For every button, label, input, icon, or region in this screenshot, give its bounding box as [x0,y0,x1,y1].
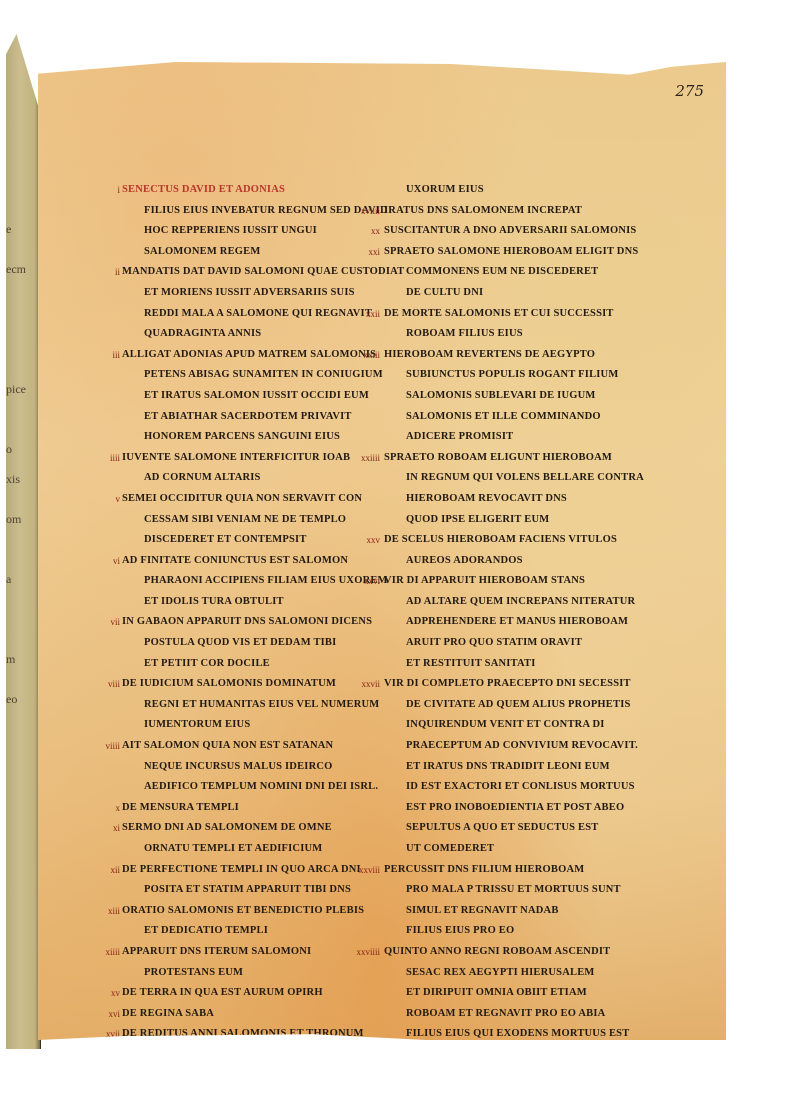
chapter-continuation-line: in regnum qui volens bellare contra [384,468,684,489]
chapter-continuation-line: neque incursus malus ideirco [122,757,378,778]
chapter-continuation-line: de civitate ad quem alius prophetis [384,695,684,716]
chapter-continuation-line: petens abisag sunamiten in coniugium [122,365,378,386]
chapter-continuation-line: et iratus salomon iussit occidi eum [122,386,378,407]
chapter-continuation-line: est pro inoboedientia et post abeo [384,798,684,819]
chapter-numeral: xxii [354,304,380,325]
chapter-continuation-line: salomonis sublevari de iugum [384,386,684,407]
chapter-heading-line: De scelus hieroboam faciens vitulos [384,530,684,551]
chapter-continuation-line: filius eius pro eo [384,921,684,942]
chapter-continuation-line: roboam filius eius [384,324,684,345]
chapter-numeral: ii [100,262,120,283]
chapter-continuation-line: quod ipse eligerit eum [384,510,684,531]
chapter-continuation-line: protestans eum [122,963,378,984]
chapter-heading-line: In gabaon apparuit dns salomoni dicens [122,612,378,633]
chapter-numeral: xii [100,860,120,881]
chapter-heading-line: Senectus david et adonias [122,180,378,201]
chapter-numeral: xxi [354,242,380,263]
chapter-entry: uxorum eius [384,180,684,201]
chapter-numeral: xiii [100,901,120,922]
chapter-entry: xxiiiiSpraeto roboam eligunt hieroboamin… [384,448,684,530]
chapter-entry: iiiAlligat adonias apud matrem salomonis… [122,345,378,448]
chapter-entry: xxiSpraeto salomone hieroboam eligit dns… [384,242,684,304]
chapter-entry: xviDe regina saba [122,1004,378,1025]
chapter-continuation-line: ad altare quem increpans niteratur [384,592,684,613]
chapter-continuation-line: reddi mala a salomone qui regnavit [122,304,378,325]
chapter-entry: viiIn gabaon apparuit dns salomoni dicen… [122,612,378,674]
chapter-heading-line: Spraeto salomone hieroboam eligit dns [384,242,684,263]
chapter-entry: xxiiiHieroboam revertens de aegyptosubiu… [384,345,684,448]
chapter-continuation-line: filius eius qui exodens mortuus est [384,1024,684,1045]
chapter-continuation-line: hoc repperiens iussit ungui [122,221,378,242]
chapter-heading-line: Ait salomon quia non est satanan [122,736,378,757]
facing-page-edge: e ecm pice o xis om a m eo [6,34,41,1049]
chapter-numeral: v [100,489,120,510]
chapter-continuation-line: iumentorum eius [122,715,378,736]
chapter-continuation-line: de cultu dni [384,283,684,304]
chapter-heading-line: Suscitantur a dno adversarii salomonis [384,221,684,242]
chapter-entry: xxviiiiQuinto anno regni roboam ascendit… [384,942,684,1066]
chapter-continuation-line: salomonem regem [122,242,378,263]
chapter-continuation-line: et dedicatio templi [122,921,378,942]
chapter-numeral: vi [100,551,120,572]
chapter-entry: xxvDe scelus hieroboam faciens vitulosau… [384,530,684,571]
chapter-heading-line: De iudicium salomonis dominatum [122,674,378,695]
facing-page-fragment: m [6,652,15,667]
chapter-continuation-line: et idolis tura obtulit [122,592,378,613]
chapter-heading-line: Apparuit dns iterum salomoni [122,942,378,963]
chapter-entry: iSenectus david et adoniasfilius eius in… [122,180,378,262]
chapter-continuation-line: et iratus dns tradidit leoni eum [384,757,684,778]
chapter-continuation-line: et abiathar sacerdotem privavit [122,407,378,428]
chapter-numeral: xvii [100,1024,120,1045]
chapter-numeral: xxviii [354,860,380,881]
chapter-heading-line: Spraeto roboam eligunt hieroboam [384,448,684,469]
chapter-continuation-line: pharaoni accipiens filiam eius uxorem [122,571,378,592]
chapter-heading-line: Iuvente salomone interficitur ioab [122,448,378,469]
chapter-continuation-line: ad cornum altaris [122,468,378,489]
chapter-continuation-line: commonens eum ne discederet [384,262,684,283]
chapter-continuation-line: et moriens iussit adversariis suis [122,283,378,304]
facing-page-fragment: om [6,512,21,527]
chapter-numeral: xxvii [354,674,380,695]
chapter-heading-line: De regina saba [122,1004,378,1025]
chapter-continuation-line: praeceptum ad convivium revocavit. [384,736,684,757]
facing-page-fragment: a [6,572,11,587]
chapter-continuation-line: posita et statim apparuit tibi dns [122,880,378,901]
facing-page-fragment: pice [6,382,26,397]
chapter-heading-line: De mensura templi [122,798,378,819]
chapter-heading-line: De reditus anni salomonis et thronum [122,1024,378,1045]
chapter-numeral: xvi [100,1004,120,1025]
chapter-entry: xDe mensura templi [122,798,378,819]
chapter-entry: viiiDe iudicium salomonis dominatumregni… [122,674,378,736]
chapter-continuation-line: ut comederet [384,839,684,860]
chapter-entry: xxxFecit asa rectum coram dno [384,1066,684,1087]
chapter-numeral: xxx [354,1066,380,1087]
chapter-heading-line: De morte salomonis et cui successit [384,304,684,325]
chapter-numeral: viii [100,674,120,695]
chapter-numeral: xxv [354,530,380,551]
chapter-numeral: xi [100,818,120,839]
chapter-numeral: xxvi [354,571,380,592]
chapter-continuation-line: adicere promisit [384,427,684,448]
chapter-heading-line: Vir di apparuit hieroboam stans [384,571,684,592]
chapter-numeral: iiii [100,448,120,469]
right-column: uxorum eiusxviiiiIratus dns salomonem in… [344,180,684,1086]
manuscript-folio: 275 iSenectus david et adoniasfilius eiu… [38,62,726,1040]
chapter-continuation-line: hieroboam revocavit dns [384,489,684,510]
chapter-continuation-line: id est exactori et conlisus mortuus [384,777,684,798]
chapter-continuation-line: aruit pro quo statim oravit [384,633,684,654]
chapter-entry: viAd finitate coniunctus est salomonphar… [122,551,378,613]
chapter-numeral: xxviiii [354,942,380,963]
chapter-heading-line: Percussit dns filium hieroboam [384,860,684,881]
chapter-numeral: x [100,798,120,819]
chapter-continuation-line: discederet et contempsit [122,530,378,551]
chapter-entry: xxSuscitantur a dno adversarii salomonis [384,221,684,242]
chapter-continuation-line: inquirendum venit et contra di [384,715,684,736]
chapter-continuation-line: subiunctus populis rogant filium [384,365,684,386]
chapter-continuation-line: postula quod vis et dedam tibi [122,633,378,654]
chapter-continuation-line: pro mala p trissu et mortuus sunt [384,880,684,901]
chapter-entry: iiiiIuvente salomone interficitur ioabad… [122,448,378,489]
chapter-entry: xiSermo dni ad salomonem de omneornatu t… [122,818,378,859]
chapter-heading-line: Alligat adonias apud matrem salomonis [122,345,378,366]
chapter-numeral: vii [100,612,120,633]
chapter-heading-line: Quinto anno regni roboam ascendit [384,942,684,963]
chapter-heading-line: De terra in qua est aurum opirh [122,983,378,1004]
chapter-continuation-line: filius eius invebatur regnum sed david [122,201,378,222]
chapter-heading-line: Oratio salomonis et benedictio plebis [122,901,378,922]
chapter-entry: xxviVir di apparuit hieroboam stansad al… [384,571,684,674]
chapter-continuation-line: adprehendere et manus hieroboam [384,612,684,633]
chapter-heading-line: Sermo dni ad salomonem de omne [122,818,378,839]
chapter-continuation-line: regni et humanitas eius vel numerum [122,695,378,716]
chapter-heading-line: uxorum eius [384,180,684,201]
chapter-heading-line: Vir di completo praecepto dni secessit [384,674,684,695]
chapter-heading-line: Hieroboam revertens de aegypto [384,345,684,366]
chapter-heading-line: De excessu salomonis et numerum [122,1066,378,1087]
chapter-continuation-line: roboam et regnavit pro eo abia [384,1004,684,1025]
chapter-continuation-line: aureos adorandos [384,551,684,572]
chapter-heading-line: Ad finitate coniunctus est salomon [122,551,378,572]
chapter-numeral: viiii [100,736,120,757]
chapter-numeral: xxiiii [354,448,380,469]
chapter-entry: viiiiAit salomon quia non est satananneq… [122,736,378,798]
chapter-numeral: xviiii [354,201,380,222]
chapter-continuation-line: sepultus a quo et seductus est [384,818,684,839]
chapter-continuation-line: honorem parcens sanguini eius [122,427,378,448]
chapter-entry: xiiiOratio salomonis et benedictio plebi… [122,901,378,942]
facing-page-fragment: xis [6,472,20,487]
chapter-entry: xiiiiApparuit dns iterum salomoniprotest… [122,942,378,983]
chapter-numeral: xxiii [354,345,380,366]
chapter-numeral: iii [100,345,120,366]
folio-number: 275 [675,82,704,100]
chapter-continuation-line: et petiit cor docile [122,654,378,675]
chapter-entry: xvDe terra in qua est aurum opirh [122,983,378,1004]
facing-page-fragment: e [6,222,11,237]
chapter-continuation-line: quadraginta annis [122,324,378,345]
chapter-entry: xxviiiPercussit dns filium hieroboampro … [384,860,684,942]
chapter-continuation-line: aedifico templum nomini dni dei isrl. [122,777,378,798]
chapter-entry: xviiDe reditus anni salomonis et thronum… [122,1024,378,1065]
chapter-entry: xviiiiIratus dns salomonem increpat [384,201,684,222]
chapter-continuation-line: ornatu templi et aedificium [122,839,378,860]
chapter-heading-line: De perfectione templi in quo arca dni [122,860,378,881]
chapter-numeral: xviii [100,1066,120,1087]
chapter-continuation-line: cessam sibi veniam ne de templo [122,510,378,531]
chapter-entry: vSemei occiditur quia non servavit conce… [122,489,378,551]
chapter-continuation-line: et restituit sanitati [384,654,684,675]
facing-page-fragment: o [6,442,12,457]
chapter-heading-line: Fecit asa rectum coram dno [384,1066,684,1087]
chapter-numeral: xiiii [100,942,120,963]
chapter-continuation-line: salomonis et ille comminando [384,407,684,428]
chapter-entry: xiiDe perfectione templi in quo arca dni… [122,860,378,901]
chapter-entry: xxviiVir di completo praecepto dni seces… [384,674,684,859]
chapter-entry: iiMandatis dat david salomoni quae custo… [122,262,378,344]
chapter-numeral: xx [354,221,380,242]
chapter-continuation-line: eius et scuta aurea [122,1045,378,1066]
facing-page-fragment: ecm [6,262,26,277]
chapter-continuation-line: et regnavit pro eo asa filius eius [384,1045,684,1066]
chapter-continuation-line: et diripuit omnia obiit etiam [384,983,684,1004]
chapter-entry: xviiiDe excessu salomonis et numerum [122,1066,378,1087]
chapter-heading-line: Mandatis dat david salomoni quae custodi… [122,262,378,283]
left-column: iSenectus david et adoniasfilius eius in… [88,180,378,1086]
chapter-heading-line: Semei occiditur quia non servavit con [122,489,378,510]
chapter-continuation-line: sesac rex aegypti hierusalem [384,963,684,984]
facing-page-fragment: eo [6,692,17,707]
chapter-numeral: xv [100,983,120,1004]
chapter-continuation-line: simul et regnavit nadab [384,901,684,922]
chapter-entry: xxiiDe morte salomonis et cui successitr… [384,304,684,345]
chapter-heading-line: Iratus dns salomonem increpat [384,201,684,222]
chapter-numeral: i [100,180,120,201]
